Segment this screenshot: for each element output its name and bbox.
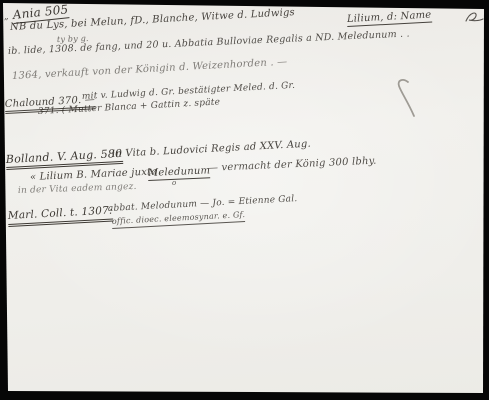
photo-frame: „Ania 505Lilium, d: NameNB du Lys, bei M… <box>0 0 489 400</box>
handwritten-line: Lilium, d: Name <box>347 10 432 27</box>
handwritten-line: Meledunum <box>148 165 211 181</box>
handwritten-line: 1364, verkauft von der Königin d. Weizen… <box>12 57 288 82</box>
handwritten-line: o <box>172 180 176 188</box>
handwritten-line: Bolland. V. Aug. 580 <box>6 148 123 170</box>
handwritten-line: in der Vita eadem angez. <box>18 183 137 197</box>
handwriting-layer: „Ania 505Lilium, d: NameNB du Lys, bei M… <box>0 0 489 400</box>
handwritten-line: offic. dioec. eleemosynar. e. Gf. <box>112 211 246 229</box>
handwritten-line: „ <box>4 13 9 23</box>
handwritten-line: Marl. Coll. t. 1307: <box>8 206 114 227</box>
handwritten-line: — vermacht der König 300 lbhy. <box>208 156 377 174</box>
handwritten-line: in Vita b. Ludovici Regis ad XXV. Aug. <box>112 139 311 160</box>
note-card: „Ania 505Lilium, d: NameNB du Lys, bei M… <box>0 0 489 400</box>
handwritten-line: « Lilium B. Mariae juxta <box>30 166 158 183</box>
